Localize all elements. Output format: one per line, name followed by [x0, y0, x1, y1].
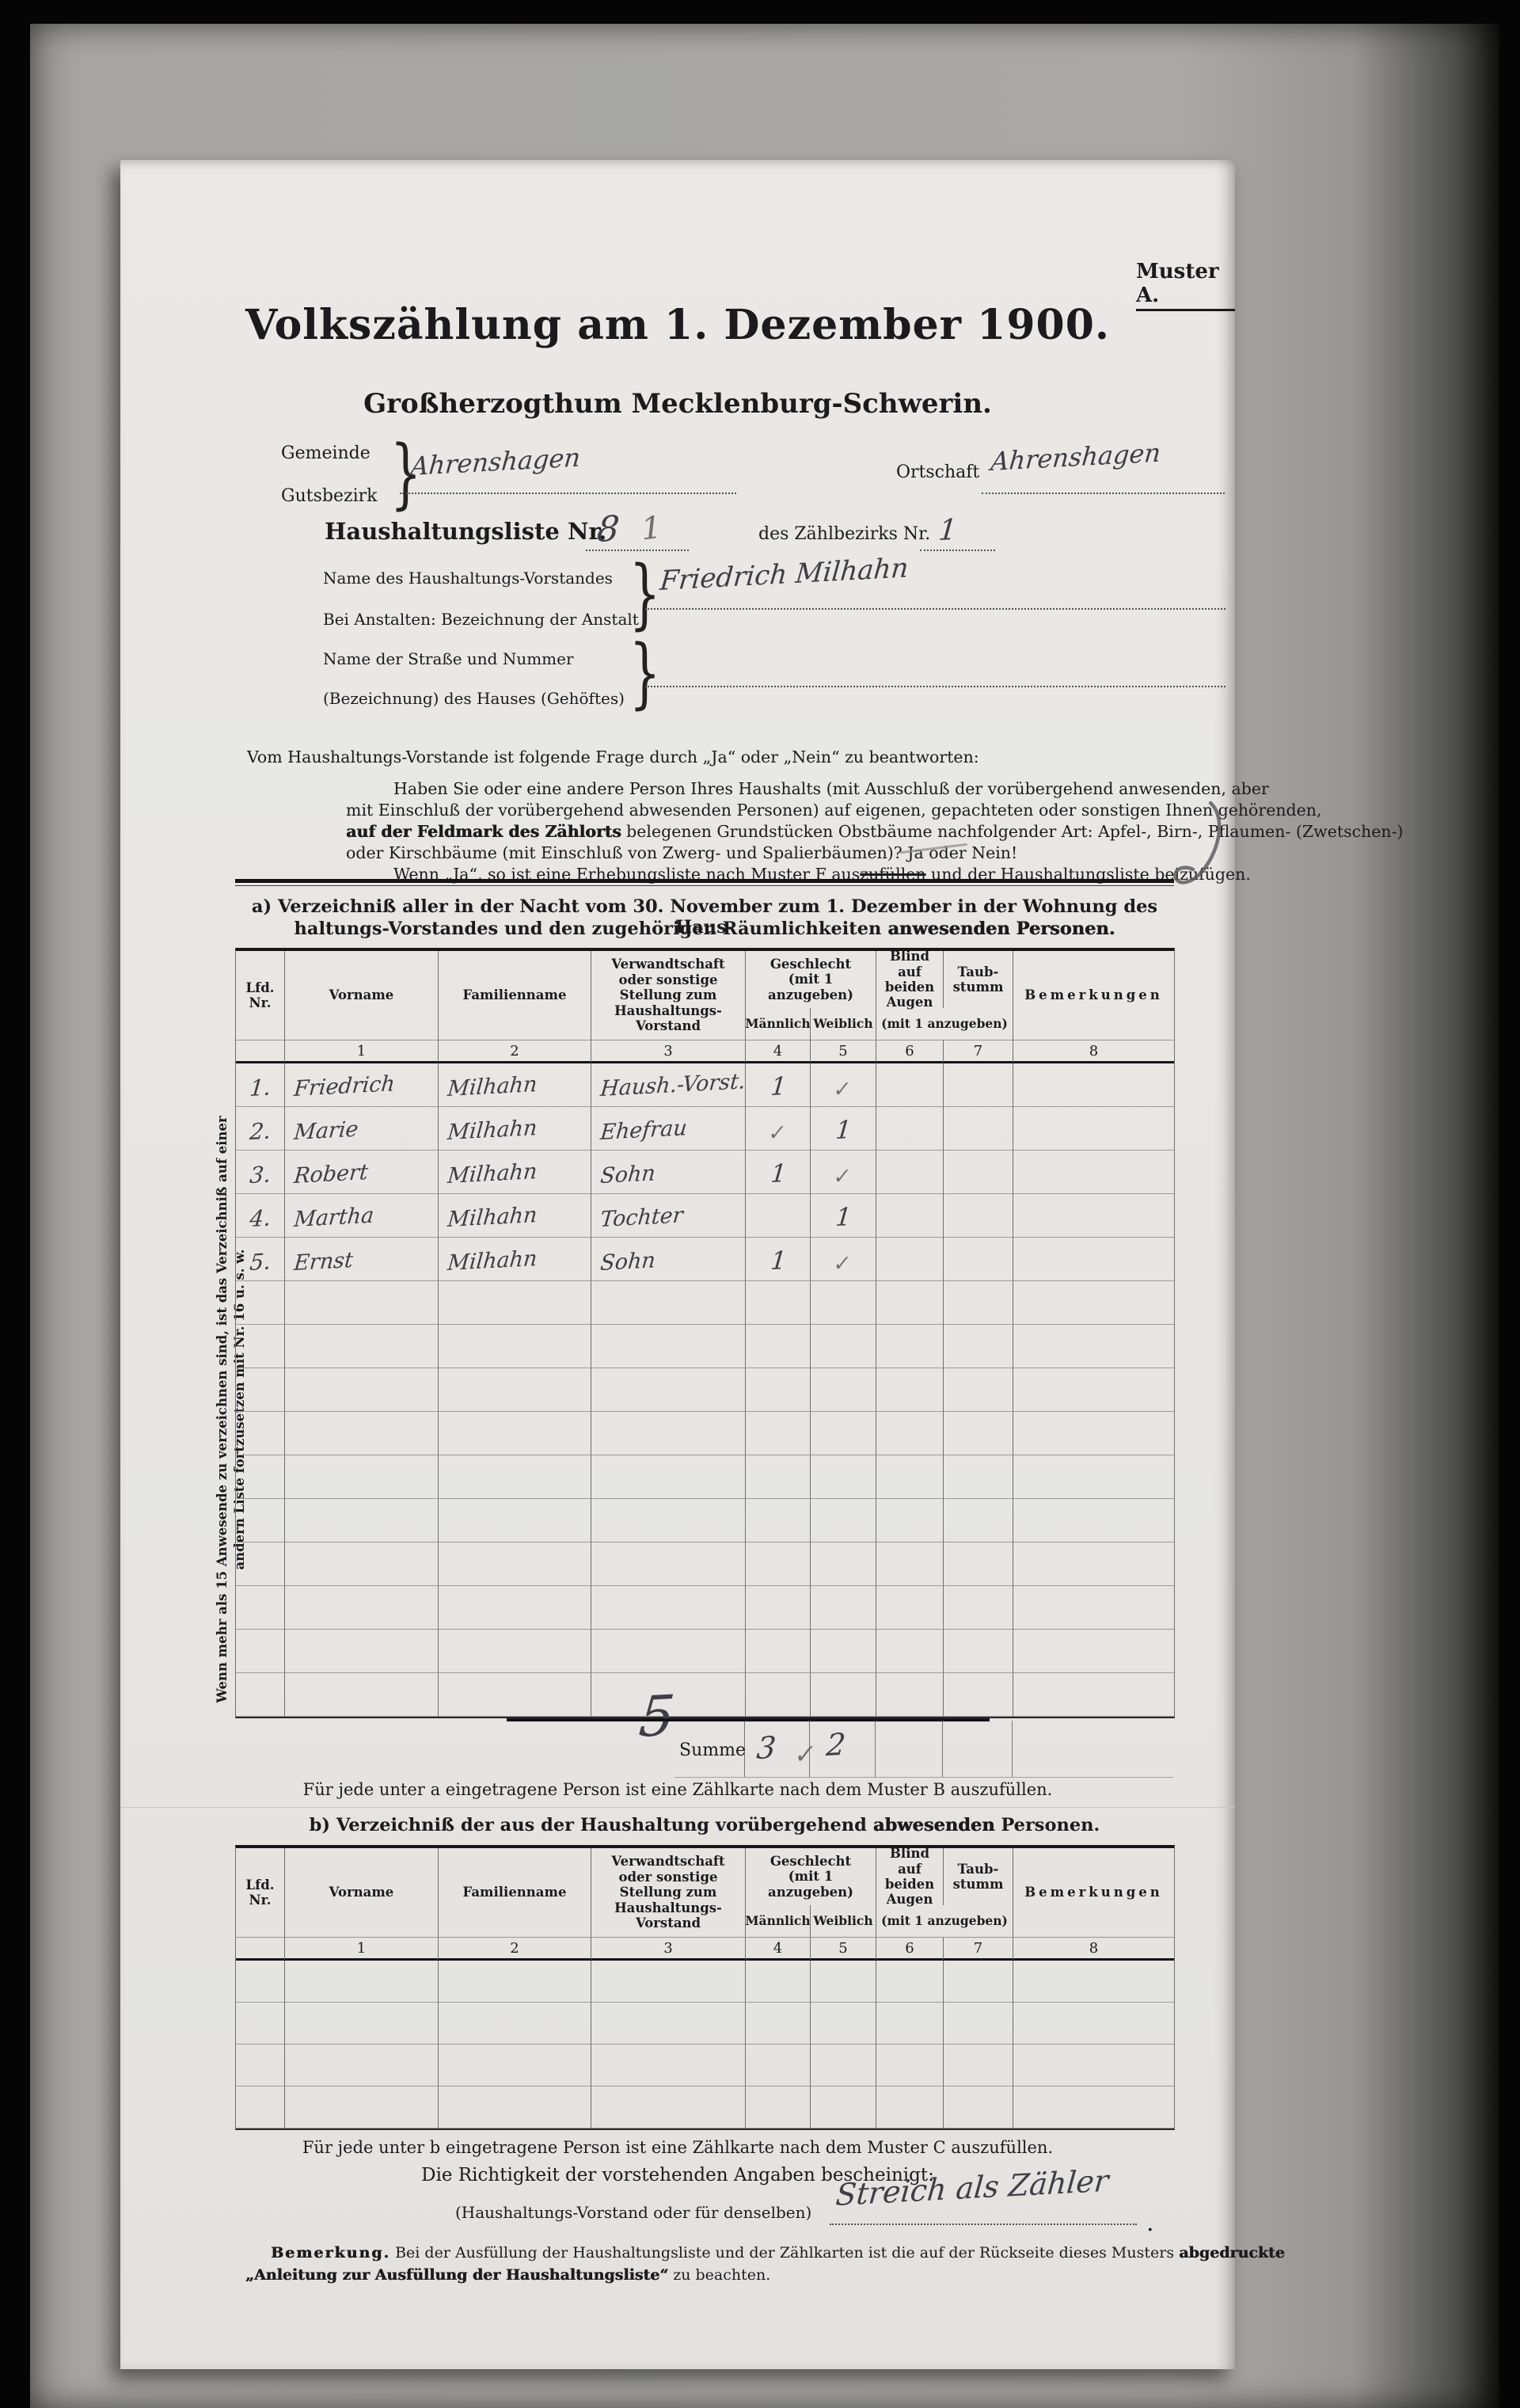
remark-text1: Bei der Ausfüllung der Haushaltungsliste…	[390, 2244, 1179, 2262]
table-cell-stellung: Ehefrau	[591, 1107, 745, 1151]
table-cell-vorname	[284, 1673, 438, 1717]
table-cell-bemerkungen	[1013, 1281, 1174, 1325]
col-header-verwandtschaft: Verwandtschaft oder sonstige Stellung zu…	[591, 951, 745, 1040]
table-cell-blind	[876, 1961, 943, 2003]
question-intro: Vom Haushaltungs-Vorstande ist folgende …	[247, 748, 979, 767]
table-cell-nr	[236, 1673, 284, 1717]
table-cell-vorname	[284, 1455, 438, 1499]
table-cell-stellung	[591, 2045, 745, 2087]
table-cell-maennlich	[745, 1499, 810, 1543]
table-cell-stellung	[591, 1586, 745, 1630]
summe-col-line	[875, 1721, 876, 1778]
table-cell-familienname	[438, 1961, 591, 2003]
table-cell-vorname	[284, 1412, 438, 1455]
table-cell-stellung: Tochter	[591, 1194, 745, 1238]
remark-line1: Bemerkung. Bei der Ausfüllung der Hausha…	[271, 2244, 1285, 2262]
vorstand-value: Friedrich Milhahn	[659, 552, 910, 597]
summe-total-handwritten: 5	[636, 1683, 678, 1750]
summe-thick-rule	[507, 1718, 990, 1721]
table-cell-nr	[236, 1325, 284, 1368]
table-cell-taub	[943, 1368, 1013, 1412]
table-cell-weiblich	[810, 2045, 876, 2087]
table-cell-blind	[876, 1673, 943, 1717]
page-subtitle: Großherzogthum Mecklenburg-Schwerin.	[120, 388, 1235, 420]
table-cell-bemerkungen	[1013, 1368, 1174, 1412]
table-cell-weiblich: ✓	[810, 1238, 876, 1281]
table-cell-blind	[876, 1368, 943, 1412]
table-cell-maennlich	[745, 1455, 810, 1499]
table-cell-taub	[943, 1630, 1013, 1673]
page-title: Volkszählung am 1. Dezember 1900.	[120, 301, 1235, 349]
table-cell-nr	[236, 2045, 284, 2087]
col-number-blank	[236, 1040, 284, 1063]
section-b-post: Personen.	[994, 1815, 1100, 1835]
table-cell-nr	[236, 2003, 284, 2045]
table-cell-vorname: Ernst	[284, 1238, 438, 1281]
table-cell-nr: 1.	[236, 1063, 284, 1107]
table-cell-blind	[876, 2087, 943, 2128]
table-cell-stellung	[591, 1499, 745, 1543]
zaehlbezirk-value: 1	[937, 514, 958, 547]
col-header-bemerkungen: Bemerkungen	[1013, 951, 1174, 1040]
col-header-blind: Blind auf beiden Augen	[876, 1848, 943, 1905]
table-cell-maennlich	[745, 1586, 810, 1630]
strasse-brace: }	[629, 635, 661, 711]
handwritten-entry: Ernst	[293, 1248, 354, 1276]
zaehlbezirk-label: des Zählbezirks Nr.	[758, 524, 930, 544]
table-cell-taub	[943, 1543, 1013, 1586]
table-cell-familienname	[438, 1368, 591, 1412]
paper-crease	[120, 1807, 1235, 1808]
table-cell-familienname	[438, 2003, 591, 2045]
pencil-check-mark: ✓	[832, 1077, 853, 1103]
table-cell-blind	[876, 1151, 943, 1194]
table-cell-taub	[943, 1063, 1013, 1107]
table-cell-stellung	[591, 1281, 745, 1325]
taub-line2: stumm	[953, 1877, 1004, 1892]
gemeinde-label: Gemeinde	[281, 443, 370, 463]
summe-pencil-check: ✓	[793, 1737, 819, 1770]
table-cell-familienname	[438, 1499, 591, 1543]
table-cell-weiblich: 1	[810, 1194, 876, 1238]
handwritten-entry: 1	[769, 1072, 788, 1101]
geschlecht-line2: (mit 1 anzugeben)	[748, 1869, 873, 1900]
col-header-weiblich: Weiblich	[810, 1905, 876, 1937]
section-a-heading-line2: haltungs-Vorstandes und den zugehörigen …	[235, 919, 1174, 939]
handwritten-entry: Milhahn	[446, 1203, 538, 1232]
table-cell-blind	[876, 2045, 943, 2087]
table-cell-maennlich: 1	[745, 1238, 810, 1281]
table-cell-blind	[876, 1063, 943, 1107]
table-cell-blind	[876, 1194, 943, 1238]
taub-line2: stumm	[953, 980, 1004, 995]
side-note-line1: Wenn mehr als 15 Anwesende zu verzeichne…	[214, 1099, 231, 1720]
table-cell-vorname	[284, 1325, 438, 1368]
handwritten-entry: Ehefrau	[599, 1116, 688, 1145]
table-cell-bemerkungen	[1013, 1961, 1174, 2003]
table-cell-maennlich	[745, 1673, 810, 1717]
table-cell-stellung	[591, 1325, 745, 1368]
col-number-5: 5	[810, 1040, 876, 1063]
handwritten-entry: Milhahn	[446, 1246, 538, 1276]
table-cell-blind	[876, 1281, 943, 1325]
question-line4: oder Kirschbäume (mit Einschluß von Zwer…	[346, 843, 1017, 862]
table-cell-familienname	[438, 1586, 591, 1630]
ortschaft-value: Ahrenshagen	[990, 438, 1162, 477]
table-cell-weiblich: ✓	[810, 1151, 876, 1194]
table-cell-familienname: Milhahn	[438, 1107, 591, 1151]
table-cell-nr	[236, 1630, 284, 1673]
table-cell-nr	[236, 1586, 284, 1630]
vorstand-brace: }	[629, 556, 661, 632]
table-cell-familienname	[438, 1281, 591, 1325]
gemeinde-line	[400, 493, 736, 494]
haus-label: (Bezeichnung) des Hauses (Gehöftes)	[323, 689, 625, 708]
table-cell-maennlich: 1	[745, 1063, 810, 1107]
table-cell-familienname	[438, 1455, 591, 1499]
table-cell-blind	[876, 1412, 943, 1455]
strasse-label: Name der Straße und Nummer	[323, 649, 574, 668]
handwritten-entry: Haush.-Vorst.	[599, 1069, 747, 1101]
table-cell-maennlich	[745, 1961, 810, 2003]
table-cell-weiblich	[810, 1630, 876, 1673]
handwritten-entry: Milhahn	[446, 1072, 538, 1101]
table-cell-taub	[943, 1586, 1013, 1630]
haushaltungsliste-pencil-mark: 1	[639, 509, 663, 548]
table-cell-blind	[876, 1325, 943, 1368]
col-header-familienname: Familienname	[438, 951, 591, 1040]
geschlecht-line1: Geschlecht	[770, 957, 851, 972]
table-cell-vorname: Robert	[284, 1151, 438, 1194]
table-cell-weiblich: 1	[810, 1107, 876, 1151]
table-cell-bemerkungen	[1013, 1455, 1174, 1499]
table-cell-taub	[943, 1151, 1013, 1194]
ortschaft-line	[982, 493, 1225, 494]
remark-bold2: abgedruckte	[1179, 2244, 1285, 2262]
handwritten-entry: 4.	[249, 1204, 272, 1232]
handwritten-entry: Martha	[293, 1204, 375, 1232]
anstalt-label: Bei Anstalten: Bezeichnung der Anstalt	[323, 610, 639, 629]
table-cell-bemerkungen	[1013, 1543, 1174, 1586]
col-number-7: 7	[943, 1937, 1013, 1961]
geschlecht-line2: (mit 1 anzugeben)	[748, 972, 873, 1002]
col-number-6: 6	[876, 1937, 943, 1961]
table-cell-vorname	[284, 1961, 438, 2003]
table-cell-maennlich	[745, 2045, 810, 2087]
table-cell-vorname	[284, 1586, 438, 1630]
col-number-blank	[236, 1937, 284, 1961]
col-header-lfd-nr: Lfd.Nr.	[236, 951, 284, 1040]
table-cell-nr	[236, 1961, 284, 2003]
col-header-taubstumm: Taub-stumm	[943, 1848, 1013, 1905]
pencil-check-mark: ✓	[832, 1164, 853, 1190]
table-cell-stellung: Sohn	[591, 1151, 745, 1194]
table-cell-nr	[236, 1368, 284, 1412]
col-header-geschlecht: Geschlecht(mit 1 anzugeben)	[745, 1848, 876, 1905]
handwritten-entry: 5.	[249, 1248, 272, 1276]
handwritten-entry: Robert	[293, 1160, 369, 1189]
table-cell-stellung: Sohn	[591, 1238, 745, 1281]
zaehlbezirk-line	[920, 550, 995, 551]
question-line3: auf der Feldmark des Zählorts belegenen …	[346, 822, 1404, 841]
lfd-line1: Lfd.	[246, 1877, 275, 1893]
summe-weiblich-value: 2	[825, 1726, 847, 1763]
table-cell-bemerkungen	[1013, 1586, 1174, 1630]
haushaltungsliste-value: 8	[595, 508, 621, 550]
col-header-maennlich: Männlich	[745, 1008, 810, 1040]
table-cell-weiblich	[810, 1412, 876, 1455]
table-cell-vorname	[284, 1281, 438, 1325]
table-cell-bemerkungen	[1013, 2087, 1174, 2128]
col-header-verwandtschaft: Verwandtschaft oder sonstige Stellung zu…	[591, 1848, 745, 1937]
footnote-muster-c: Für jede unter b eingetragene Person ist…	[120, 2138, 1235, 2157]
table-cell-maennlich	[745, 1543, 810, 1586]
table-cell-maennlich: ✓	[745, 1107, 810, 1151]
handwritten-entry: Sohn	[599, 1248, 656, 1276]
summe-baseline	[674, 1777, 1173, 1778]
col-header-weiblich: Weiblich	[810, 1008, 876, 1040]
table-cell-familienname	[438, 1630, 591, 1673]
col-header-familienname: Familienname	[438, 1848, 591, 1937]
col-number-7: 7	[943, 1040, 1013, 1063]
table-cell-weiblich	[810, 1673, 876, 1717]
table-cell-weiblich	[810, 1586, 876, 1630]
table-cell-blind	[876, 1107, 943, 1151]
remark-bold3: „Anleitung zur Ausfüllung der Haushaltun…	[245, 2266, 668, 2284]
table-cell-weiblich	[810, 1368, 876, 1412]
col-header-vorname: Vorname	[284, 1848, 438, 1937]
handwritten-entry: Milhahn	[446, 1159, 538, 1189]
table-cell-blind	[876, 1543, 943, 1586]
question-line3-rest: belegenen Grundstücken Obstbäume nachfol…	[621, 822, 1404, 841]
table-cell-familienname: Milhahn	[438, 1063, 591, 1107]
table-cell-stellung	[591, 2003, 745, 2045]
table-cell-maennlich: 1	[745, 1151, 810, 1194]
col-number-3: 3	[591, 1937, 745, 1961]
table-cell-vorname: Martha	[284, 1194, 438, 1238]
lfd-line2: Nr.	[249, 995, 271, 1010]
col-header-geschlecht: Geschlecht(mit 1 anzugeben)	[745, 951, 876, 1008]
table-cell-bemerkungen	[1013, 1412, 1174, 1455]
gemeinde-value: Ahrenshagen	[409, 443, 582, 481]
lfd-line1: Lfd.	[246, 980, 275, 995]
table-cell-nr	[236, 1412, 284, 1455]
table-cell-familienname	[438, 1673, 591, 1717]
table-cell-maennlich	[745, 1630, 810, 1673]
handwritten-entry: 1	[769, 1159, 788, 1189]
table-cell-nr	[236, 1455, 284, 1499]
ortschaft-label: Ortschaft	[896, 462, 979, 482]
table-cell-bemerkungen	[1013, 1630, 1174, 1673]
table-cell-bemerkungen	[1013, 1063, 1174, 1107]
table-cell-weiblich	[810, 2087, 876, 2128]
table-cell-taub	[943, 1194, 1013, 1238]
geschlecht-line1: Geschlecht	[770, 1854, 851, 1869]
table-cell-weiblich	[810, 1455, 876, 1499]
census-form-page: Muster A. Volkszählung am 1. Dezember 19…	[120, 160, 1235, 2369]
summe-maennlich-value: 3	[755, 1729, 777, 1766]
table-cell-bemerkungen	[1013, 1325, 1174, 1368]
pencil-check-mark: ✓	[832, 1251, 853, 1277]
table-cell-vorname	[284, 2045, 438, 2087]
col-number-4: 4	[745, 1937, 810, 1961]
table-cell-vorname	[284, 2087, 438, 2128]
table-cell-vorname	[284, 1543, 438, 1586]
table-cell-nr	[236, 1543, 284, 1586]
table-cell-stellung	[591, 1455, 745, 1499]
table-cell-blind	[876, 2003, 943, 2045]
table-cell-weiblich	[810, 1281, 876, 1325]
table-absent-persons: Lfd.Nr. Vorname Familienname Verwandtsch…	[235, 1845, 1175, 2130]
table-cell-nr: 3.	[236, 1151, 284, 1194]
col-number-2: 2	[438, 1040, 591, 1063]
table-cell-taub	[943, 1961, 1013, 2003]
col-number-1: 1	[284, 1937, 438, 1961]
table-cell-maennlich	[745, 1412, 810, 1455]
summe-col-line	[942, 1721, 943, 1778]
col-header-vorname: Vorname	[284, 951, 438, 1040]
table-cell-familienname: Milhahn	[438, 1194, 591, 1238]
remark-line2: „Anleitung zur Ausfüllung der Haushaltun…	[245, 2266, 770, 2284]
table-cell-blind	[876, 1238, 943, 1281]
col-header-mit1-anzugeben: (mit 1 anzugeben)	[876, 1008, 1013, 1040]
table-cell-stellung	[591, 1630, 745, 1673]
table-cell-weiblich	[810, 2003, 876, 2045]
table-cell-taub	[943, 1499, 1013, 1543]
table-cell-taub	[943, 1412, 1013, 1455]
col-number-4: 4	[745, 1040, 810, 1063]
table-cell-stellung	[591, 1961, 745, 2003]
col-number-6: 6	[876, 1040, 943, 1063]
summe-label: Summe	[679, 1740, 746, 1760]
table-cell-weiblich	[810, 1325, 876, 1368]
table-cell-weiblich	[810, 1961, 876, 2003]
col-number-2: 2	[438, 1937, 591, 1961]
section-divider-rule	[235, 879, 1174, 886]
signature-line	[830, 2224, 1137, 2225]
table-cell-familienname	[438, 2087, 591, 2128]
handwritten-entry: 1	[834, 1203, 853, 1232]
table-cell-nr	[236, 2087, 284, 2128]
table-cell-blind	[876, 1586, 943, 1630]
table-cell-blind	[876, 1455, 943, 1499]
strasse-line	[645, 686, 1225, 687]
table-cell-blind	[876, 1630, 943, 1673]
table-cell-maennlich	[745, 1194, 810, 1238]
table-cell-taub	[943, 2003, 1013, 2045]
table-cell-nr: 2.	[236, 1107, 284, 1151]
table-cell-vorname	[284, 2003, 438, 2045]
table-cell-familienname	[438, 2045, 591, 2087]
table-cell-stellung	[591, 1412, 745, 1455]
table-cell-maennlich	[745, 2087, 810, 2128]
table-cell-taub	[943, 1673, 1013, 1717]
table-cell-stellung	[591, 2087, 745, 2128]
pencil-check-mark: ✓	[767, 1120, 788, 1147]
table-cell-vorname: Marie	[284, 1107, 438, 1151]
table-cell-weiblich	[810, 1499, 876, 1543]
table-cell-nr: 5.	[236, 1238, 284, 1281]
table-cell-familienname	[438, 1325, 591, 1368]
table-cell-stellung: Haush.-Vorst.	[591, 1063, 745, 1107]
section-a-heading-line2-bold: anwesenden Personen.	[887, 919, 1115, 939]
vorstand-line	[645, 608, 1225, 610]
table-cell-bemerkungen	[1013, 1107, 1174, 1151]
table-cell-taub	[943, 1325, 1013, 1368]
question-line1: Haben Sie oder eine andere Person Ihres …	[393, 779, 1269, 798]
col-number-5: 5	[810, 1937, 876, 1961]
table-cell-familienname	[438, 1412, 591, 1455]
col-number-8: 8	[1013, 1937, 1174, 1961]
table-cell-maennlich	[745, 1281, 810, 1325]
table-cell-vorname	[284, 1368, 438, 1412]
summe-col-line	[1012, 1721, 1013, 1778]
handwritten-entry: 1.	[249, 1074, 272, 1101]
signature-label: (Haushaltungs-Vorstand oder für denselbe…	[455, 2203, 811, 2222]
handwritten-entry: 1	[834, 1116, 853, 1145]
col-number-3: 3	[591, 1040, 745, 1063]
section-a-heading-line2-pre: haltungs-Vorstandes und den zugehörigen …	[294, 919, 888, 939]
handwritten-entry: 3.	[249, 1161, 272, 1189]
remark-bold1: Bemerkung.	[271, 2244, 390, 2262]
table-cell-taub	[943, 1455, 1013, 1499]
col-number-1: 1	[284, 1040, 438, 1063]
handwritten-entry: Milhahn	[446, 1116, 538, 1145]
table-cell-bemerkungen	[1013, 2003, 1174, 2045]
table-cell-nr	[236, 1499, 284, 1543]
gutsbezirk-label: Gutsbezirk	[281, 486, 377, 506]
table-cell-bemerkungen	[1013, 1499, 1174, 1543]
handwritten-entry: 2.	[249, 1117, 272, 1145]
table-cell-vorname: Friedrich	[284, 1063, 438, 1107]
col-header-blind: Blind auf beiden Augen	[876, 951, 943, 1008]
remark-text2: zu beachten.	[668, 2266, 770, 2284]
col-header-bemerkungen: Bemerkungen	[1013, 1848, 1174, 1937]
section-b-bold: abwesenden	[873, 1815, 995, 1835]
signature-period: .	[1146, 2209, 1154, 2237]
table-cell-maennlich	[745, 1325, 810, 1368]
table-cell-stellung	[591, 1543, 745, 1586]
table-cell-taub	[943, 1281, 1013, 1325]
table-cell-bemerkungen	[1013, 1673, 1174, 1717]
taub-line1: Taub-	[958, 1862, 999, 1877]
handwritten-entry: Sohn	[599, 1161, 656, 1189]
handwritten-entry: 1	[769, 1246, 788, 1276]
section-b-pre: b) Verzeichniß der aus der Haushaltung v…	[310, 1815, 873, 1835]
table-cell-bemerkungen	[1013, 1238, 1174, 1281]
table-cell-maennlich	[745, 1368, 810, 1412]
col-header-maennlich: Männlich	[745, 1905, 810, 1937]
table-cell-taub	[943, 1107, 1013, 1151]
table-cell-weiblich	[810, 1543, 876, 1586]
table-cell-blind	[876, 1499, 943, 1543]
section-b-heading: b) Verzeichniß der aus der Haushaltung v…	[235, 1815, 1174, 1835]
lfd-line2: Nr.	[249, 1893, 271, 1908]
table-cell-taub	[943, 2045, 1013, 2087]
table-cell-bemerkungen	[1013, 1194, 1174, 1238]
table-cell-taub	[943, 2087, 1013, 2128]
table-cell-stellung	[591, 1368, 745, 1412]
handwritten-entry: Marie	[293, 1117, 359, 1145]
table-cell-familienname: Milhahn	[438, 1238, 591, 1281]
table-cell-vorname	[284, 1630, 438, 1673]
vorstand-label: Name des Haushaltungs-Vorstandes	[323, 569, 613, 588]
table-cell-familienname	[438, 1543, 591, 1586]
col-header-mit1-anzugeben: (mit 1 anzugeben)	[876, 1905, 1013, 1937]
question-line3-bold: auf der Feldmark des Zählorts	[346, 822, 621, 841]
table-present-persons: Lfd.Nr. Vorname Familienname Verwandtsch…	[235, 948, 1175, 1718]
table-cell-maennlich	[745, 2003, 810, 2045]
